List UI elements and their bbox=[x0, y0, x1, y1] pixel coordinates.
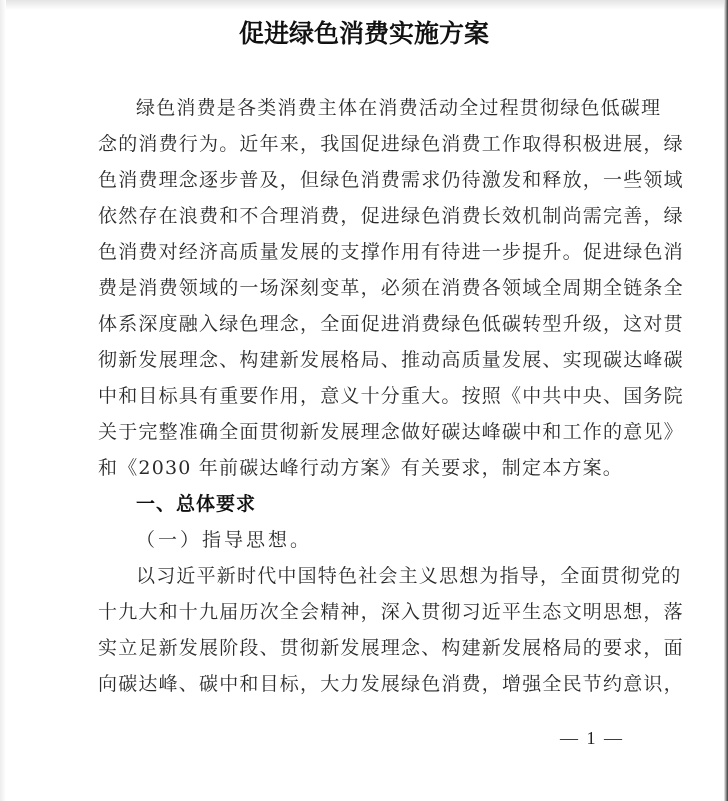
page-number: — 1 — bbox=[560, 728, 624, 749]
text-line: 费是消费领域的一场深刻变革，必须在消费各领域全周期全链条全 bbox=[98, 270, 626, 306]
text-line: 十九大和十九届历次全会精神，深入贯彻习近平生态文明思想，落 bbox=[98, 594, 626, 630]
document-body: 绿色消费是各类消费主体在消费活动全过程贯彻绿色低碳理 念的消费行为。近年来，我国… bbox=[98, 90, 626, 702]
text-line: 色消费对经济高质量发展的支撑作用有待进一步提升。促进绿色消 bbox=[98, 234, 626, 270]
text-line: 念的消费行为。近年来，我国促进绿色消费工作取得积极进展，绿 bbox=[98, 126, 626, 162]
text-line: 依然存在浪费和不合理消费，促进绿色消费长效机制尚需完善，绿 bbox=[98, 198, 626, 234]
text-line: 色消费理念逐步普及，但绿色消费需求仍待激发和释放，一些领域 bbox=[98, 162, 626, 198]
subsection-heading-guiding-ideology: （一）指导思想。 bbox=[98, 522, 626, 558]
text-line: 彻新发展理念、构建新发展格局、推动高质量发展、实现碳达峰碳 bbox=[98, 342, 626, 378]
text-line: 和《2030 年前碳达峰行动方案》有关要求，制定本方案。 bbox=[98, 450, 626, 486]
text-line: 绿色消费是各类消费主体在消费活动全过程贯彻绿色低碳理 bbox=[98, 90, 626, 126]
paragraph-intro: 绿色消费是各类消费主体在消费活动全过程贯彻绿色低碳理 念的消费行为。近年来，我国… bbox=[98, 90, 626, 486]
text-line: 实立足新发展阶段、贯彻新发展理念、构建新发展格局的要求，面 bbox=[98, 630, 626, 666]
text-line: 体系深度融入绿色理念，全面促进消费绿色低碳转型升级，这对贯 bbox=[98, 306, 626, 342]
paragraph-guiding-ideology: 以习近平新时代中国特色社会主义思想为指导，全面贯彻党的 十九大和十九届历次全会精… bbox=[98, 558, 626, 702]
document-page: 促进绿色消费实施方案 绿色消费是各类消费主体在消费活动全过程贯彻绿色低碳理 念的… bbox=[0, 0, 728, 801]
text-line: 以习近平新时代中国特色社会主义思想为指导，全面贯彻党的 bbox=[98, 558, 626, 594]
section-heading-general-requirements: 一、总体要求 bbox=[98, 486, 626, 522]
text-line: 向碳达峰、碳中和目标，大力发展绿色消费，增强全民节约意识， bbox=[98, 666, 626, 702]
text-line: 中和目标具有重要作用，意义十分重大。按照《中共中央、国务院 bbox=[98, 378, 626, 414]
page-title: 促进绿色消费实施方案 bbox=[0, 14, 728, 50]
text-line: 关于完整准确全面贯彻新发展理念做好碳达峰碳中和工作的意见》 bbox=[98, 414, 626, 450]
